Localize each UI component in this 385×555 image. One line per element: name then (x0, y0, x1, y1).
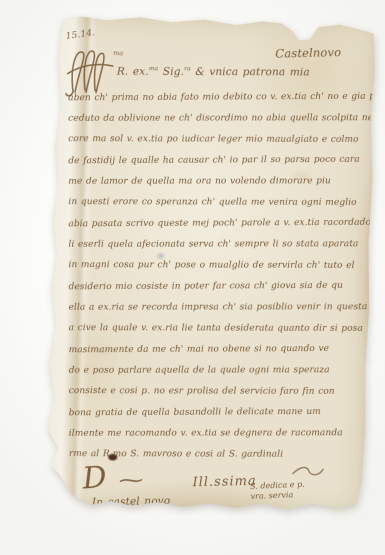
manuscript-line: masimamente da me ch' mai no obene si no… (69, 339, 371, 362)
salutation-mid: Sig. (158, 66, 184, 78)
salutation-superscript: ma (149, 65, 159, 72)
rust-spot-stain (47, 441, 54, 449)
manuscript-line: abia pasata scrivo queste mej poch' paro… (68, 213, 370, 236)
manuscript-line: in questi erore co speranza ch' quella m… (68, 192, 370, 214)
manuscript-line: ceduto da oblivione ne ch' discordimo no… (68, 108, 370, 130)
closing-initial: D (81, 460, 108, 497)
manuscript-line: a cive la quale v. ex.ria lie tanta desi… (69, 318, 371, 340)
salutation-superscript: ra (184, 65, 191, 72)
salutation-rest: & vnica patrona mia (191, 66, 310, 78)
salutation-pre: R. ex. (117, 66, 149, 78)
manuscript-line: core ma sol v. ex.tia po iudicar leger m… (68, 129, 370, 151)
manuscript-line: rme al R.mo S. mavroso e cosi al S. gard… (69, 444, 371, 466)
manuscript-line: me de lamor de quella ma ora no volendo … (68, 171, 370, 193)
letter-body: aben ch' prima no abia fato mio debito c… (68, 87, 371, 466)
manuscript-line: desiderio mio cosiste in poter far cosa … (68, 276, 370, 299)
paper-sheet-wrapper: 15.14. Castelnovo ma R. ex.ma Sig.ra & v… (42, 11, 379, 516)
date-year: 15.14. (65, 28, 96, 42)
manuscript-line: do e poso parlare aquella de la quale og… (69, 360, 371, 382)
manuscript-line: ella a ex.ria se recorda impresa ch' sia… (69, 297, 371, 319)
signature-flourish-icon (247, 518, 263, 526)
manuscript-line: bona gratia de quella basandolli le deli… (69, 402, 371, 425)
manuscript-line: in magni cosa pur ch' pose o mualglio de… (68, 255, 370, 277)
manuscript-line: li eserli quela afecionata serva ch' sem… (68, 234, 370, 256)
signature-text: Isabella estes (265, 512, 355, 529)
manuscript-paper: 15.14. Castelnovo ma R. ex.ma Sig.ra & v… (42, 11, 379, 516)
place-of-writing-line: In castel novo (92, 495, 171, 509)
closing-title: Ill.ssima (192, 474, 256, 490)
closing-flourish: ~ (115, 468, 147, 492)
manuscript-line: ilmente me racomando v. ex.tia se degner… (69, 423, 371, 445)
manuscript-line: de fastidij le qualle ha causar ch' io p… (68, 150, 370, 173)
salutation-line: R. ex.ma Sig.ra & vnica patrona mia (117, 65, 310, 78)
place-header: Castelnovo (275, 45, 341, 60)
signature: Isabella estes (247, 512, 355, 529)
manuscript-line: consiste e cosi p. no esr prolisa del se… (69, 381, 371, 403)
manuscript-line: aben ch' prima no abia fato mio debito c… (68, 87, 370, 110)
photograph-of-manuscript-letter: 15.14. Castelnovo ma R. ex.ma Sig.ra & v… (0, 0, 385, 555)
invocation-superscript: ma (113, 49, 123, 57)
valediction-block: S. dedica e p. vra. servia (250, 478, 355, 502)
